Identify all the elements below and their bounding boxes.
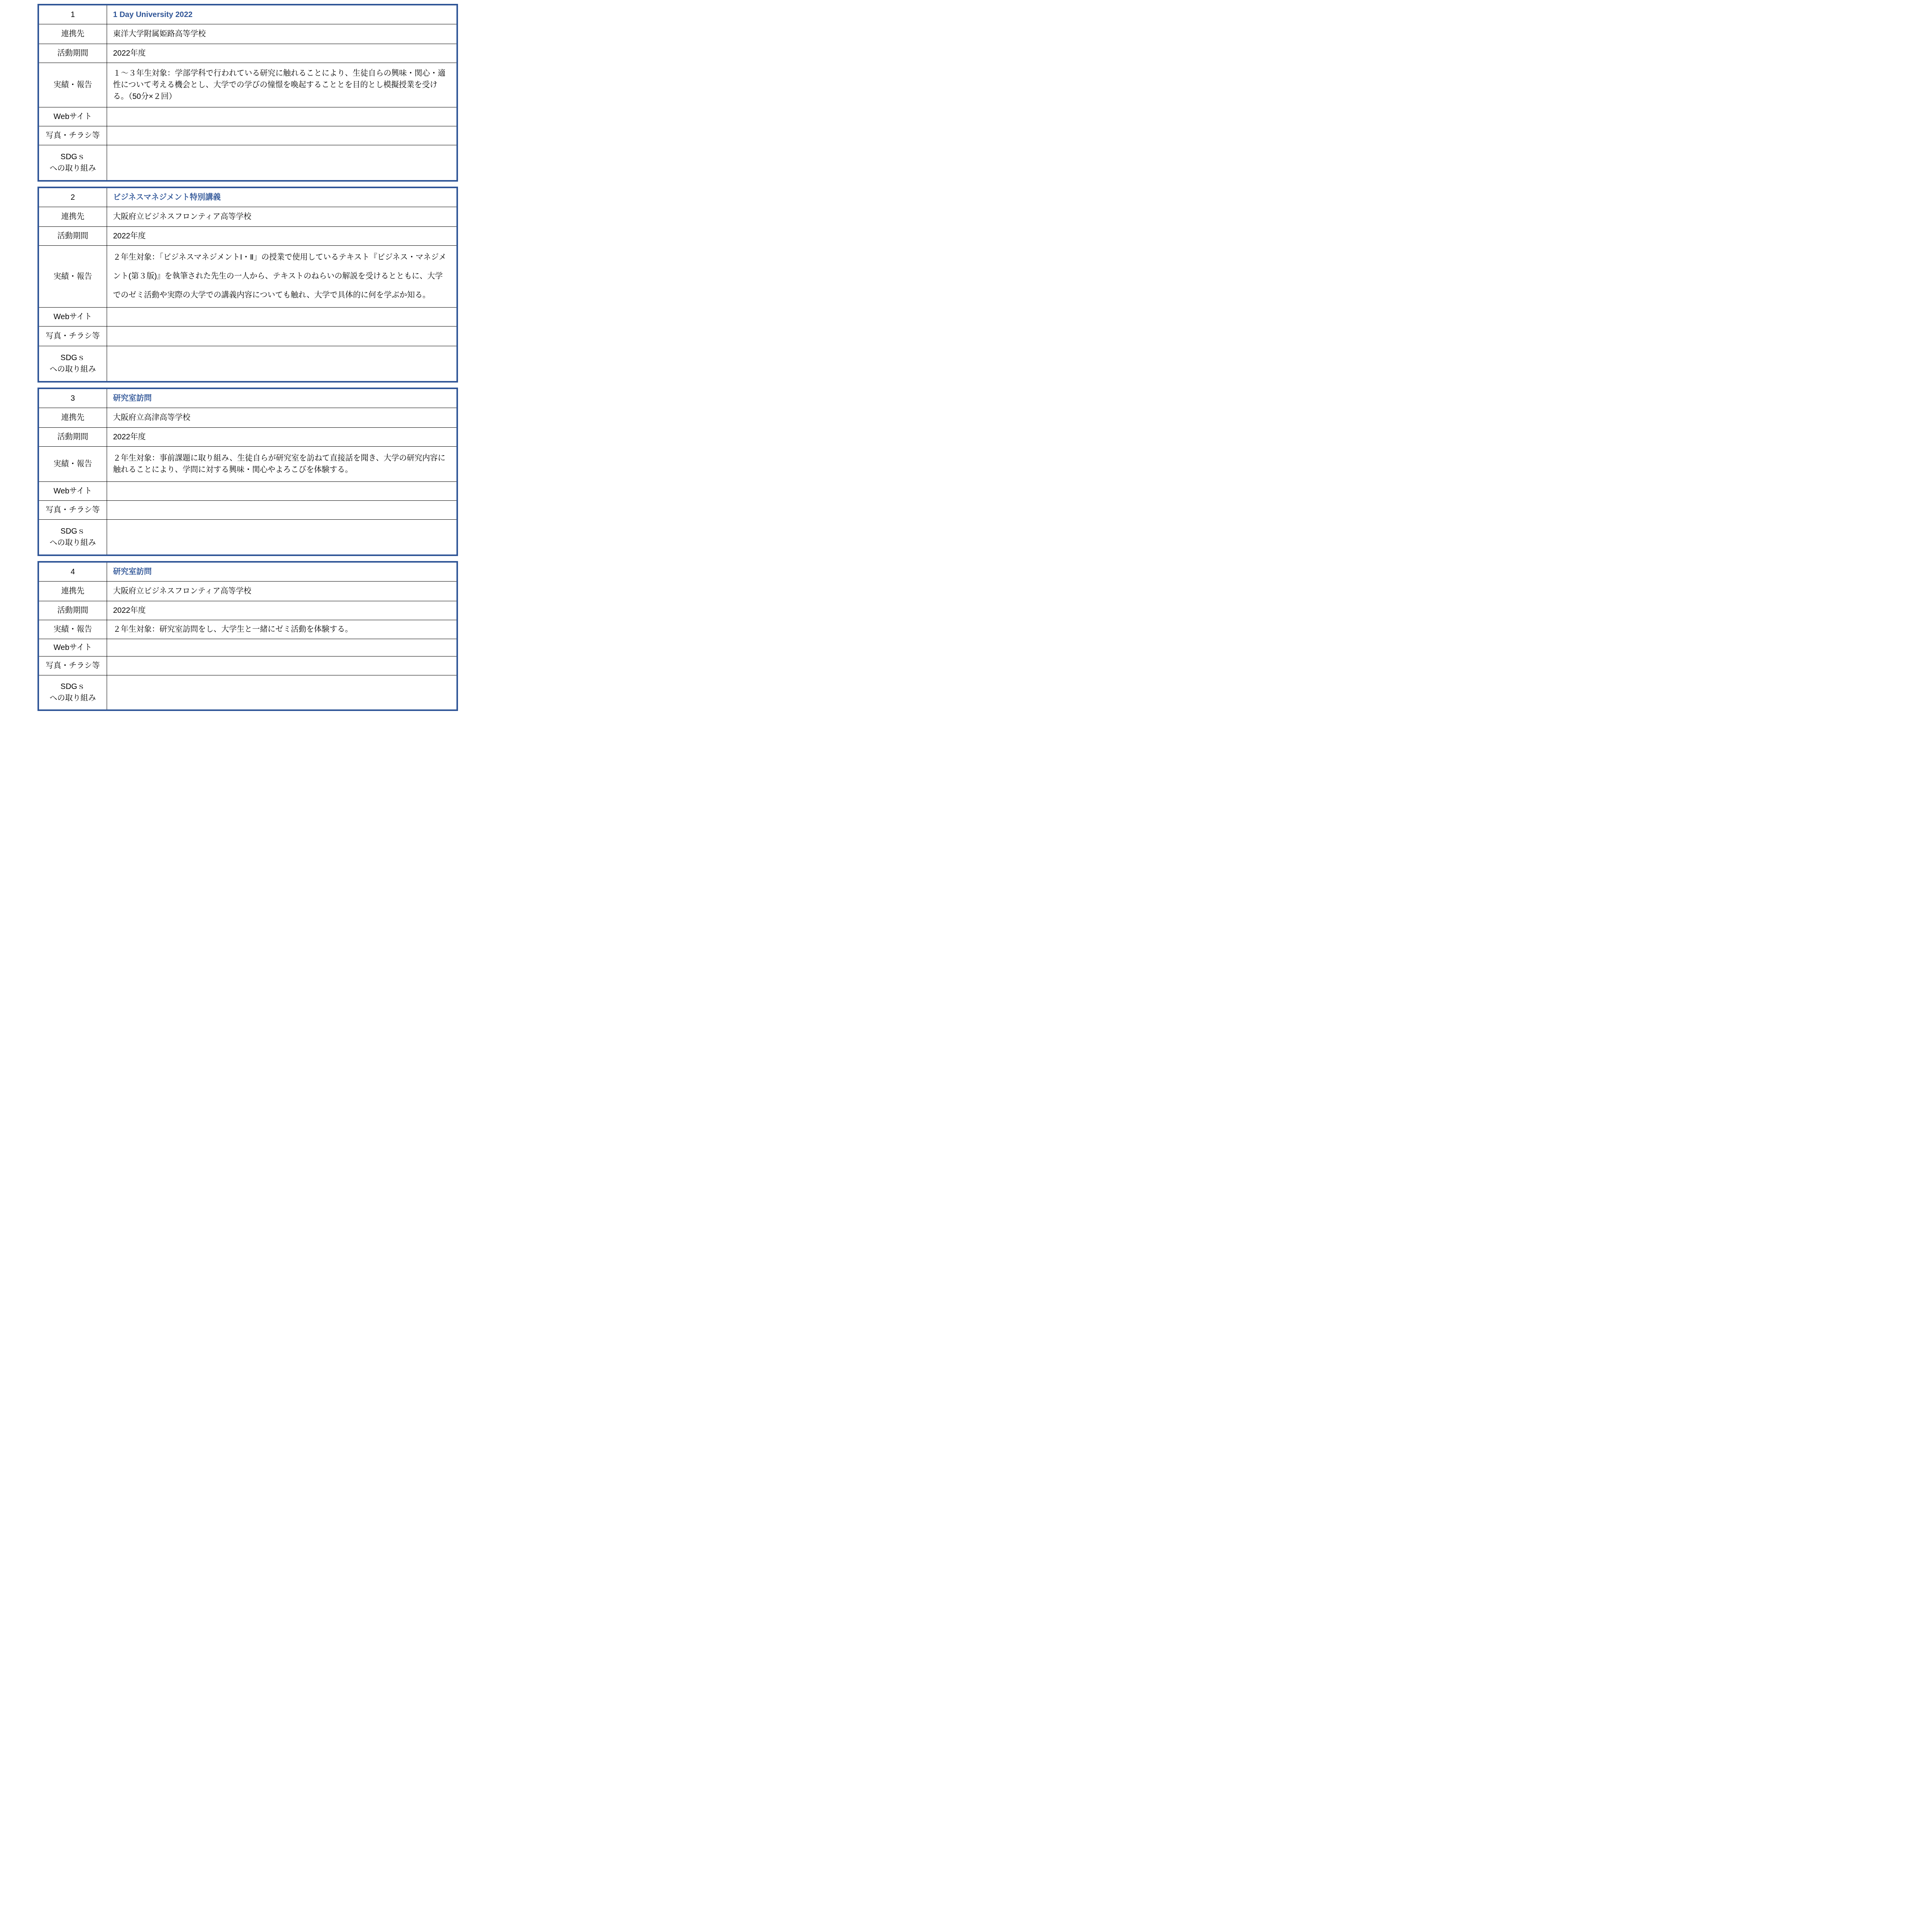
photos-label: 写真・チラシ等 xyxy=(38,656,107,675)
photos-value xyxy=(107,327,457,346)
website-value xyxy=(107,308,457,327)
activity-table-2: 2 ビジネスマネジメント特別講義 連携先 大阪府立ビジネスフロンティア高等学校 … xyxy=(37,187,458,383)
sdgs-value xyxy=(107,675,457,711)
sdgs-value xyxy=(107,346,457,382)
table-row: 活動期間 2022年度 xyxy=(38,227,457,246)
report-label: 実績・報告 xyxy=(38,246,107,308)
report-value: １～３年生対象：学部学科で行われている研究に触れることにより、生徒自らの興味・関… xyxy=(107,63,457,107)
sdgs-label: SDGｓ への取り組み xyxy=(38,346,107,382)
table-row: 写真・チラシ等 xyxy=(38,501,457,520)
table-row: 実績・報告 １～３年生対象：学部学科で行われている研究に触れることにより、生徒自… xyxy=(38,63,457,107)
sdgs-label-line1: SDGｓ xyxy=(41,352,104,364)
table-row: 活動期間 2022年度 xyxy=(38,428,457,447)
website-label: Webサイト xyxy=(38,107,107,126)
table-row: 写真・チラシ等 xyxy=(38,656,457,675)
sdgs-label: SDGｓ への取り組み xyxy=(38,520,107,556)
report-label: 実績・報告 xyxy=(38,620,107,639)
partner-value: 大阪府立ビジネスフロンティア高等学校 xyxy=(107,582,457,601)
table-row: Webサイト xyxy=(38,308,457,327)
partner-value: 東洋大学附属姫路高等学校 xyxy=(107,24,457,44)
photos-value xyxy=(107,126,457,145)
activity-table-4: 4 研究室訪問 連携先 大阪府立ビジネスフロンティア高等学校 活動期間 2022… xyxy=(37,561,458,711)
sdgs-label-line1: SDGｓ xyxy=(41,681,104,692)
period-label: 活動期間 xyxy=(38,601,107,620)
sdgs-label: SDGｓ への取り組み xyxy=(38,145,107,181)
table-row: 写真・チラシ等 xyxy=(38,126,457,145)
table-row: 活動期間 2022年度 xyxy=(38,601,457,620)
sdgs-label-line2: への取り組み xyxy=(41,537,104,549)
partner-label: 連携先 xyxy=(38,24,107,44)
table-row: SDGｓ への取り組み xyxy=(38,675,457,711)
table-row: 連携先 東洋大学附属姫路高等学校 xyxy=(38,24,457,44)
table-row: 写真・チラシ等 xyxy=(38,327,457,346)
activity-table-1: 1 1 Day University 2022 連携先 東洋大学附属姫路高等学校… xyxy=(37,4,458,182)
table-row: 3 研究室訪問 xyxy=(38,388,457,408)
report-value: ２年生対象：「ビジネスマネジメントI・Ⅱ」の授業で使用しているテキスト『ビジネス… xyxy=(107,246,457,308)
sdgs-label-line2: への取り組み xyxy=(41,163,104,174)
table-row: 2 ビジネスマネジメント特別講義 xyxy=(38,187,457,207)
sdgs-value xyxy=(107,520,457,556)
photos-label: 写真・チラシ等 xyxy=(38,126,107,145)
table-row: 連携先 大阪府立ビジネスフロンティア高等学校 xyxy=(38,582,457,601)
table-row: 連携先 大阪府立高津高等学校 xyxy=(38,408,457,428)
table-row: 1 1 Day University 2022 xyxy=(38,5,457,24)
document-page: 1 1 Day University 2022 連携先 東洋大学附属姫路高等学校… xyxy=(0,0,479,716)
report-label: 実績・報告 xyxy=(38,63,107,107)
website-label: Webサイト xyxy=(38,639,107,656)
activity-number: 2 xyxy=(38,187,107,207)
period-label: 活動期間 xyxy=(38,227,107,246)
website-label: Webサイト xyxy=(38,308,107,327)
photos-value xyxy=(107,656,457,675)
photos-label: 写真・チラシ等 xyxy=(38,501,107,520)
photos-value xyxy=(107,501,457,520)
activity-number: 4 xyxy=(38,562,107,582)
period-value: 2022年度 xyxy=(107,227,457,246)
table-row: Webサイト xyxy=(38,482,457,501)
table-row: Webサイト xyxy=(38,639,457,656)
period-value: 2022年度 xyxy=(107,601,457,620)
table-row: 4 研究室訪問 xyxy=(38,562,457,582)
partner-label: 連携先 xyxy=(38,582,107,601)
period-label: 活動期間 xyxy=(38,428,107,447)
website-value xyxy=(107,107,457,126)
table-row: SDGｓ への取り組み xyxy=(38,145,457,181)
website-value xyxy=(107,639,457,656)
sdgs-value xyxy=(107,145,457,181)
report-label: 実績・報告 xyxy=(38,447,107,482)
website-label: Webサイト xyxy=(38,482,107,501)
partner-label: 連携先 xyxy=(38,207,107,227)
sdgs-label-line1: SDGｓ xyxy=(41,151,104,163)
activity-table-3: 3 研究室訪問 連携先 大阪府立高津高等学校 活動期間 2022年度 実績・報告… xyxy=(37,388,458,556)
table-row: SDGｓ への取り組み xyxy=(38,346,457,382)
photos-label: 写真・チラシ等 xyxy=(38,327,107,346)
website-value xyxy=(107,482,457,501)
table-row: 実績・報告 ２年生対象：事前課題に取り組み、生徒自らが研究室を訪ねて直接話を聞き… xyxy=(38,447,457,482)
table-row: 活動期間 2022年度 xyxy=(38,44,457,63)
sdgs-label: SDGｓ への取り組み xyxy=(38,675,107,711)
activity-title: 研究室訪問 xyxy=(107,388,457,408)
activity-number: 3 xyxy=(38,388,107,408)
table-row: Webサイト xyxy=(38,107,457,126)
table-row: 実績・報告 ２年生対象：「ビジネスマネジメントI・Ⅱ」の授業で使用しているテキス… xyxy=(38,246,457,308)
period-value: 2022年度 xyxy=(107,44,457,63)
sdgs-label-line2: への取り組み xyxy=(41,364,104,375)
table-row: SDGｓ への取り組み xyxy=(38,520,457,556)
period-value: 2022年度 xyxy=(107,428,457,447)
report-value: ２年生対象：研究室訪問をし、大学生と一緒にゼミ活動を体験する。 xyxy=(107,620,457,639)
report-value: ２年生対象：事前課題に取り組み、生徒自らが研究室を訪ねて直接話を聞き、大学の研究… xyxy=(107,447,457,482)
table-row: 連携先 大阪府立ビジネスフロンティア高等学校 xyxy=(38,207,457,227)
activity-title: 研究室訪問 xyxy=(107,562,457,582)
sdgs-label-line2: への取り組み xyxy=(41,692,104,704)
activity-title: ビジネスマネジメント特別講義 xyxy=(107,187,457,207)
activity-number: 1 xyxy=(38,5,107,24)
partner-label: 連携先 xyxy=(38,408,107,428)
activity-title: 1 Day University 2022 xyxy=(107,5,457,24)
sdgs-label-line1: SDGｓ xyxy=(41,526,104,537)
period-label: 活動期間 xyxy=(38,44,107,63)
partner-value: 大阪府立ビジネスフロンティア高等学校 xyxy=(107,207,457,227)
partner-value: 大阪府立高津高等学校 xyxy=(107,408,457,428)
table-row: 実績・報告 ２年生対象：研究室訪問をし、大学生と一緒にゼミ活動を体験する。 xyxy=(38,620,457,639)
